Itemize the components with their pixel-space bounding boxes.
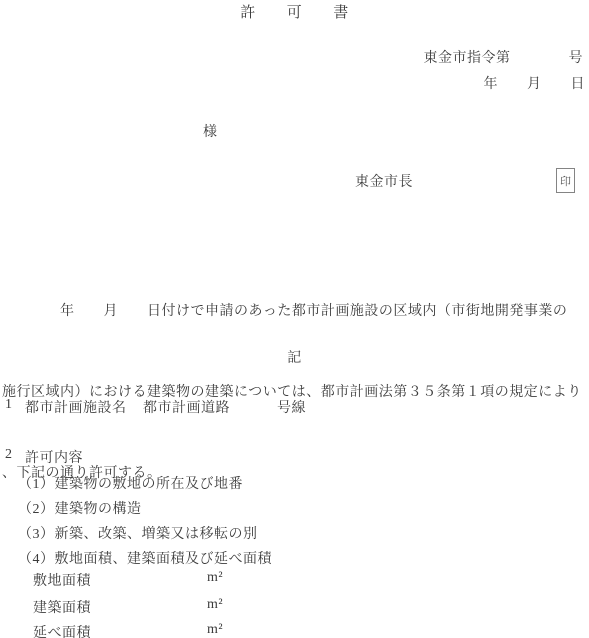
addressee-honorific: 様	[203, 121, 218, 141]
issuer-name: 東金市長	[355, 171, 413, 191]
section-marker-ki: 記	[0, 347, 589, 367]
item-1-label: 都市計画施設名	[25, 397, 127, 417]
area-row-site-unit: m²	[207, 570, 223, 586]
body-line-1: 年 月 日付けで申請のあった都市計画施設の区域内（市街地開発事業の	[2, 298, 587, 325]
directive-number-line: 東金市指令第 号	[424, 47, 584, 67]
issue-date-line: 年 月 日	[484, 73, 586, 93]
area-row-floor-label: 延べ面積	[33, 622, 91, 638]
page-title: 許 可 書	[0, 1, 589, 22]
seal-stamp-box: 印	[556, 168, 575, 193]
permit-document: 許 可 書 東金市指令第 号 年 月 日 様 東金市長 印 年 月 日付けで申請…	[0, 0, 589, 638]
item-1-number: 1	[5, 397, 13, 413]
area-row-floor-unit: m²	[207, 622, 223, 638]
item-1-value: 都市計画道路	[143, 397, 230, 417]
item-2-label: 許可内容	[25, 447, 83, 467]
seal-stamp-label: 印	[560, 173, 571, 189]
area-row-building-unit: m²	[207, 597, 223, 613]
item-2-subitem-2: （2）建築物の構造	[18, 498, 142, 518]
item-2-subitem-1: （1）建築物の敷地の所在及び地番	[18, 473, 243, 493]
area-row-building-label: 建築面積	[33, 597, 91, 617]
area-row-site-label: 敷地面積	[33, 570, 91, 590]
item-1-value-suffix: 号線	[277, 397, 306, 417]
item-2-subitem-4: （4）敷地面積、建築面積及び延べ面積	[18, 548, 272, 568]
item-2-number: 2	[5, 447, 13, 463]
body-paragraph: 年 月 日付けで申請のあった都市計画施設の区域内（市街地開発事業の 施行区域内）…	[2, 244, 587, 541]
item-2-subitem-3: （3）新築、改築、増築又は移転の別	[18, 523, 258, 543]
